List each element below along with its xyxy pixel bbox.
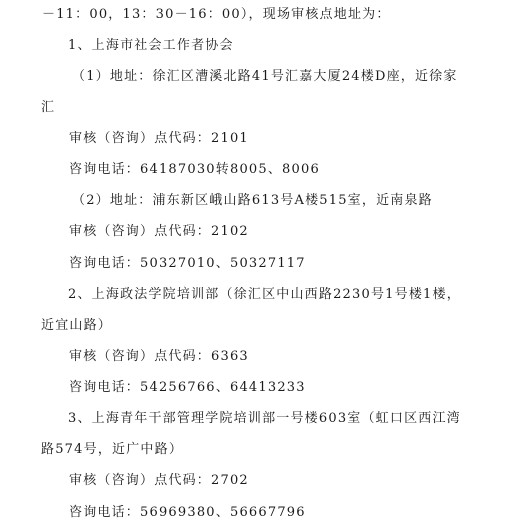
text-line: 3、上海青年干部管理学院培训部一号楼603室（虹口区西江湾 bbox=[68, 411, 461, 427]
text-line: （2）地址：浦东新区峨山路613号A楼515室，近南泉路 bbox=[72, 193, 433, 209]
text-line: 1、上海市社会工作者协会 bbox=[68, 38, 234, 54]
text-line: 路574号，近广中路） bbox=[41, 442, 183, 458]
text-line: 近宜山路） bbox=[41, 318, 112, 334]
text-line: 2、上海政法学院培训部（徐汇区中山西路2230号1号楼1楼， bbox=[68, 287, 461, 303]
text-line: 咨询电话：54256766、64413233 bbox=[69, 380, 306, 396]
text-line: 咨询电话：56969380、56667796 bbox=[69, 505, 306, 521]
text-line: 审核（咨询）点代码：2102 bbox=[69, 224, 249, 240]
text-line: 审核（咨询）点代码：6363 bbox=[69, 349, 249, 365]
text-line: －11：00，13：30－16：00），现场审核点地址为： bbox=[42, 7, 391, 23]
text-line: 审核（咨询）点代码：2101 bbox=[69, 131, 249, 147]
text-line: 咨询电话：64187030转8005、8006 bbox=[69, 162, 320, 178]
text-line: 咨询电话：50327010、50327117 bbox=[69, 256, 306, 272]
text-line: 汇 bbox=[41, 100, 55, 116]
text-line: （1）地址：徐汇区漕溪北路41号汇嘉大厦24楼D座，近徐家 bbox=[72, 69, 458, 85]
text-line: 审核（咨询）点代码：2702 bbox=[69, 473, 249, 489]
